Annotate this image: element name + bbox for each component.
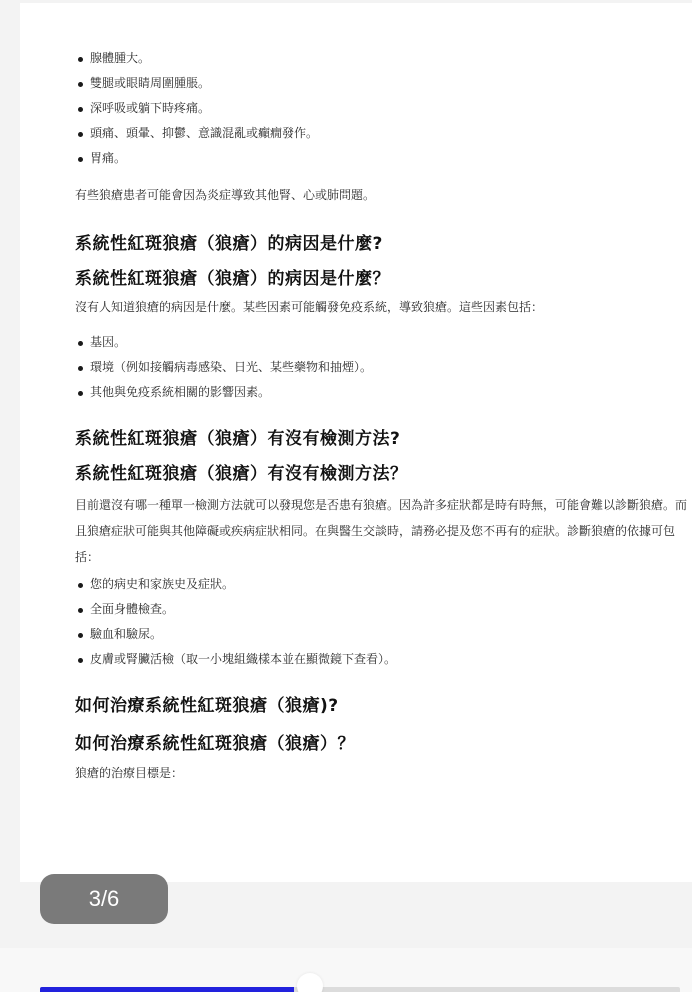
list-item: 皮膚或腎臟活檢（取一小塊組織樣本並在顯微鏡下查看）。: [75, 647, 396, 672]
symptom-list: 腺體腫大。 雙腿或眼睛周圍腫脹。 深呼吸或躺下時疼痛。 頭痛、頭暈、抑鬱、意識混…: [75, 46, 318, 171]
page-progress-slider[interactable]: [40, 987, 680, 992]
cause-heading: 系統性紅斑狼瘡（狼瘡）的病因是什麼?: [75, 229, 383, 254]
progress-slider-thumb[interactable]: [297, 973, 323, 992]
list-item: 您的病史和家族史及症狀。: [75, 572, 396, 597]
cause-paragraph: 沒有人知道狼瘡的病因是什麼。某些因素可能觸發免疫系統，導致狼瘡。這些因素包括：: [75, 297, 543, 317]
test-list: 您的病史和家族史及症狀。 全面身體檢查。 驗血和驗尿。 皮膚或腎臟活檢（取一小塊…: [75, 572, 396, 672]
list-item: 雙腿或眼睛周圍腫脹。: [75, 71, 318, 96]
test-heading-alt: 系統性紅斑狼瘡（狼瘡）有沒有檢測方法？: [75, 459, 408, 484]
document-viewer: 腺體腫大。 雙腿或眼睛周圍腫脹。 深呼吸或躺下時疼痛。 頭痛、頭暈、抑鬱、意識混…: [0, 0, 692, 992]
list-item: 深呼吸或躺下時疼痛。: [75, 96, 318, 121]
list-item: 驗血和驗尿。: [75, 622, 396, 647]
list-item: 基因。: [75, 330, 372, 355]
cause-list: 基因。 環境（例如接觸病毒感染、日光、某些藥物和抽煙）。 其他與免疫系統相關的影…: [75, 330, 372, 405]
list-item: 其他與免疫系統相關的影響因素。: [75, 380, 372, 405]
treat-heading: 如何治療系統性紅斑狼瘡（狼瘡)?: [75, 691, 339, 716]
treat-paragraph: 狼瘡的治療目標是：: [75, 763, 183, 783]
list-item: 全面身體檢查。: [75, 597, 396, 622]
progress-fill: [40, 987, 294, 992]
treat-heading-alt: 如何治療系統性紅斑狼瘡（狼瘡）？: [75, 729, 355, 754]
cause-heading-alt: 系統性紅斑狼瘡（狼瘡）的病因是什麼？: [75, 264, 390, 289]
bottom-toolbar: [0, 948, 692, 992]
page-counter-badge: 3/6: [40, 874, 168, 924]
list-item: 胃痛。: [75, 146, 318, 171]
list-item: 腺體腫大。: [75, 46, 318, 71]
list-item: 頭痛、頭暈、抑鬱、意識混亂或癲癇發作。: [75, 121, 318, 146]
test-paragraph: 目前還沒有哪一種單一檢測方法就可以發現您是否患有狼瘡。因為許多症狀都是時有時無，…: [75, 492, 687, 570]
document-page[interactable]: 腺體腫大。 雙腿或眼睛周圍腫脹。 深呼吸或躺下時疼痛。 頭痛、頭暈、抑鬱、意識混…: [20, 3, 692, 882]
list-item: 環境（例如接觸病毒感染、日光、某些藥物和抽煙）。: [75, 355, 372, 380]
test-heading: 系統性紅斑狼瘡（狼瘡）有沒有檢測方法?: [75, 424, 400, 449]
organ-paragraph: 有些狼瘡患者可能會因為炎症導致其他腎、心或肺問題。: [75, 185, 375, 205]
